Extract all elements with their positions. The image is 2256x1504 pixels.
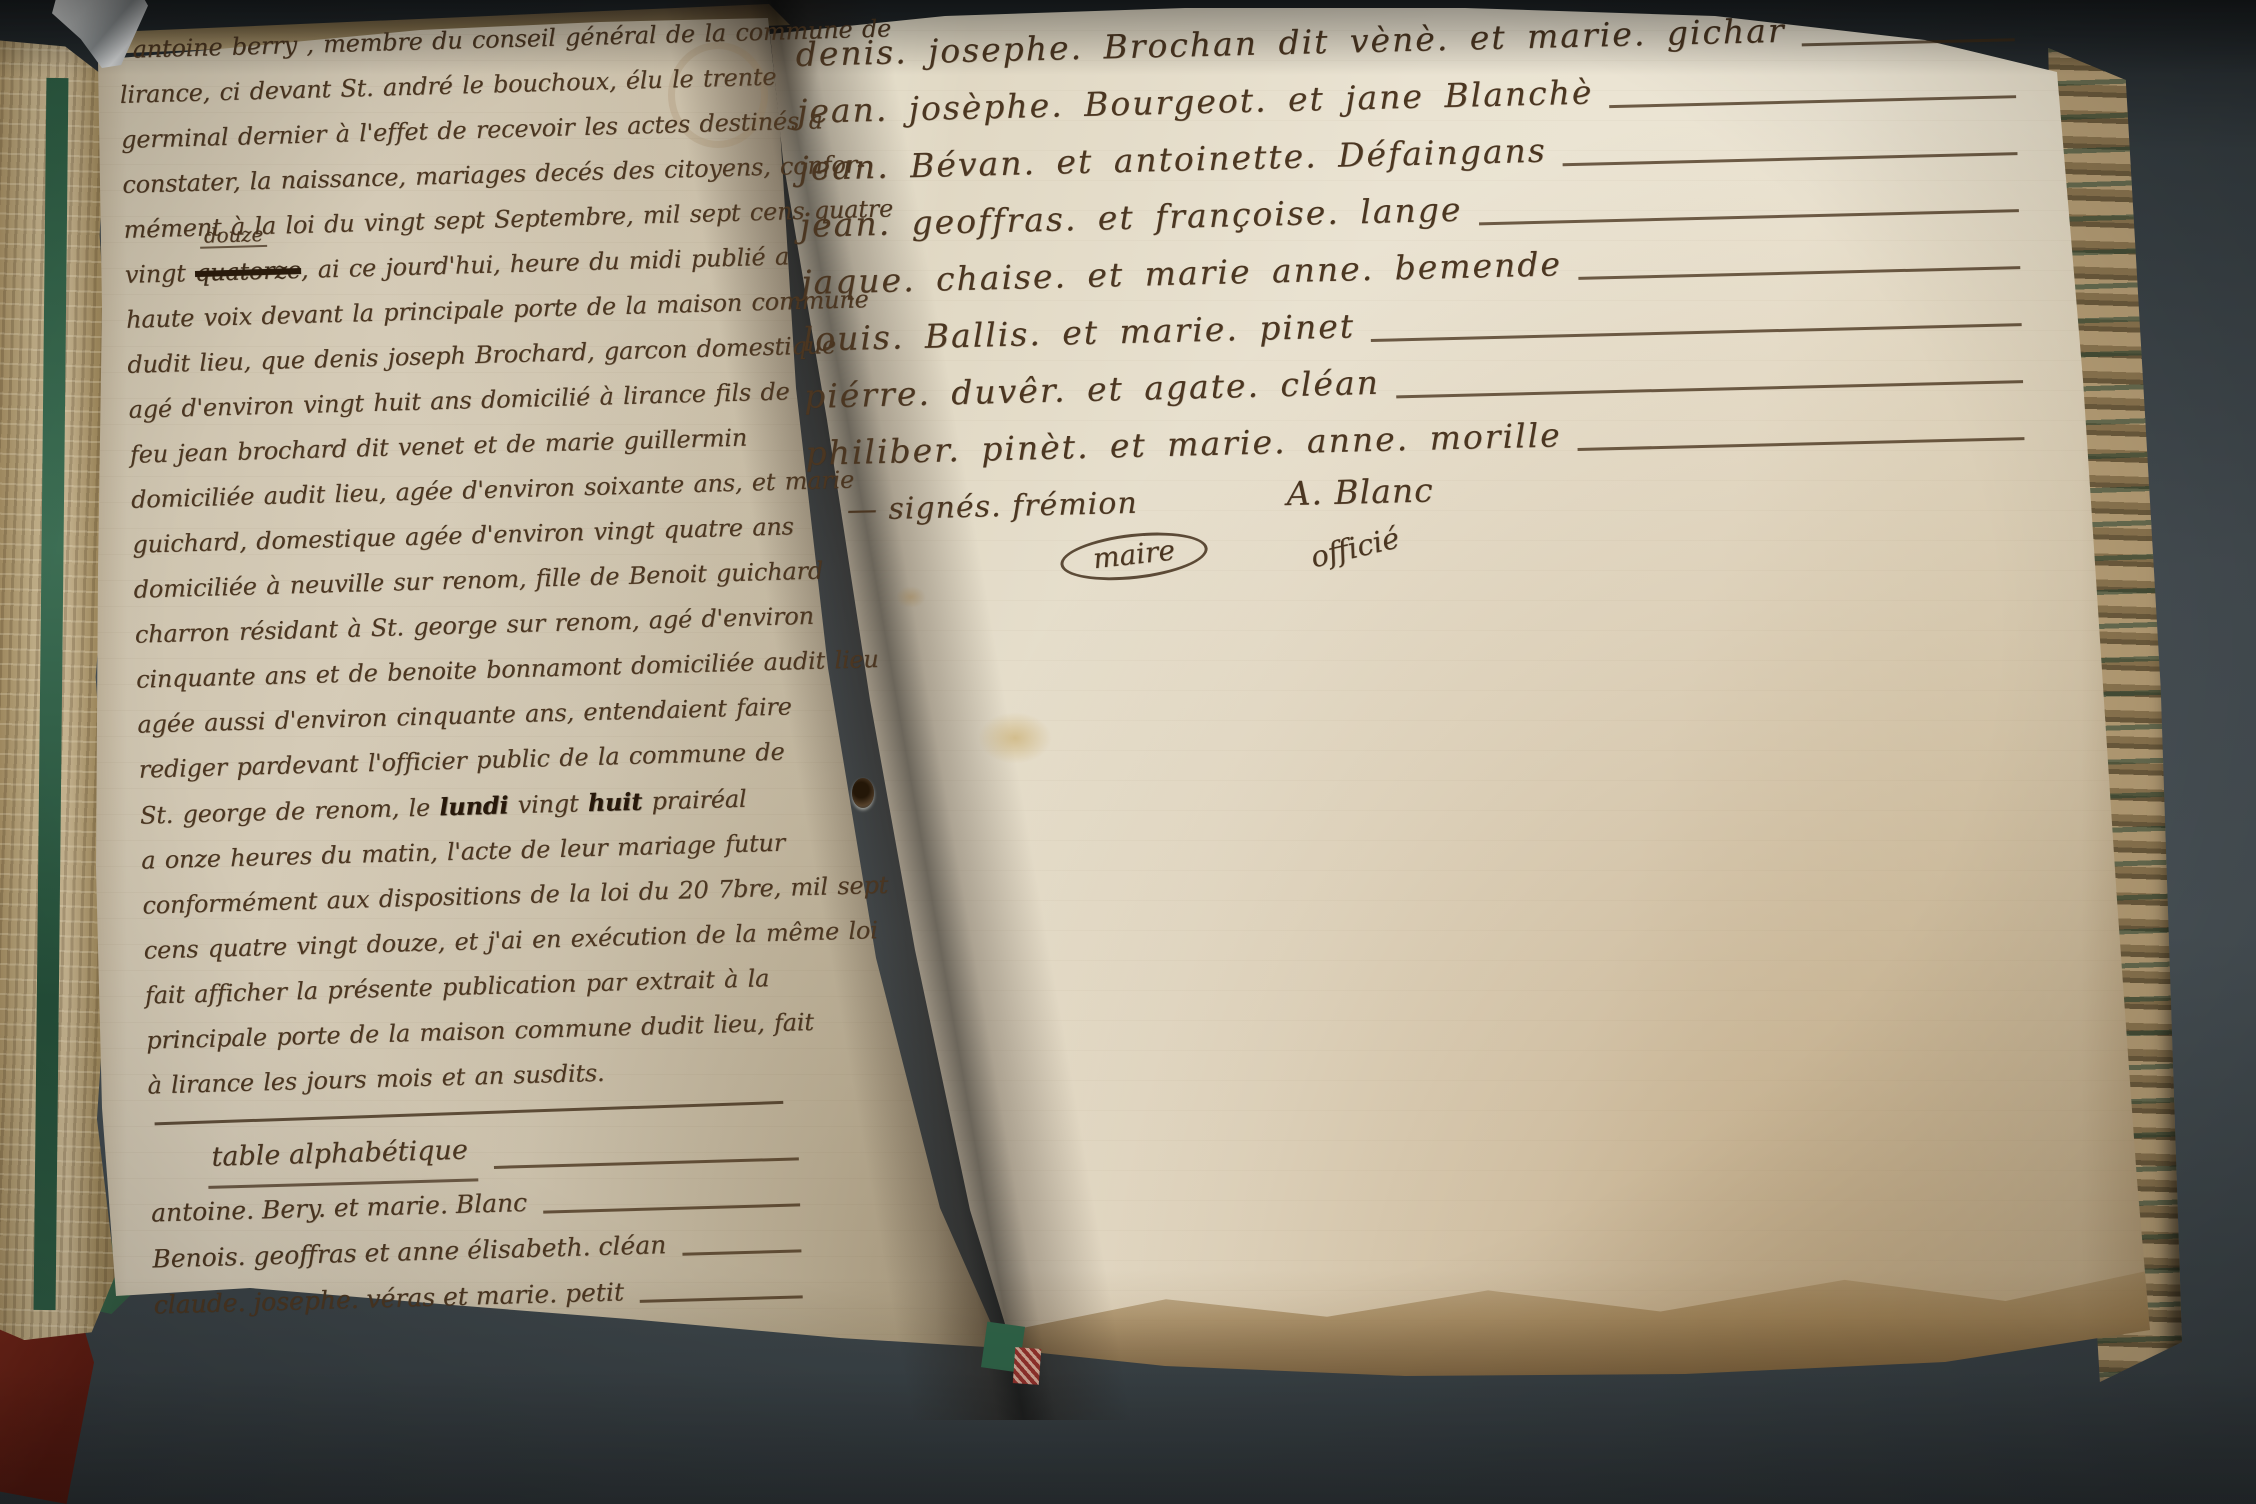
trailing-stroke (494, 1157, 799, 1169)
trailing-stroke (543, 1203, 800, 1213)
signature-block: — signés. frémion maire A. Blanc officié (806, 464, 2035, 674)
trailing-stroke (1396, 380, 2023, 398)
worm-hole (852, 778, 874, 808)
spine-marker-red (1013, 1347, 1041, 1385)
trailing-stroke (1371, 323, 2021, 342)
mayor-oval: maire (1058, 526, 1210, 587)
table-heading: table alphabétique (207, 1124, 479, 1189)
trailing-stroke (1563, 152, 2018, 166)
trailing-stroke (1610, 95, 2016, 108)
trailing-stroke (1802, 38, 2015, 46)
officer-role: officié (1307, 521, 1402, 575)
trailing-stroke (1578, 266, 2020, 280)
trailing-stroke (1578, 437, 2025, 451)
table-entries: antoine. Bery. et marie. BlancBenois. ge… (150, 1172, 809, 1328)
decayed-bottom-edge (1005, 1220, 2155, 1396)
signature-line: — signés. frémion (846, 486, 1138, 528)
trailing-stroke (1479, 209, 2019, 225)
publication-entries: denis. josephe. Brochan dit vènè. et mar… (795, 0, 2031, 482)
manuscript-body: antoine berry , membre du conseil généra… (118, 10, 803, 1109)
trailing-stroke (682, 1249, 801, 1255)
trailing-stroke (640, 1295, 803, 1303)
right-page-text: denis. josephe. Brochan dit vènè. et mar… (795, 0, 2035, 674)
officer-signature: A. Blanc (1286, 471, 1434, 514)
left-page-text: antoine berry , membre du conseil généra… (118, 10, 809, 1329)
binding-green-band (34, 78, 69, 1310)
open-register-book-photo: antoine berry , membre du conseil généra… (0, 0, 2256, 1504)
